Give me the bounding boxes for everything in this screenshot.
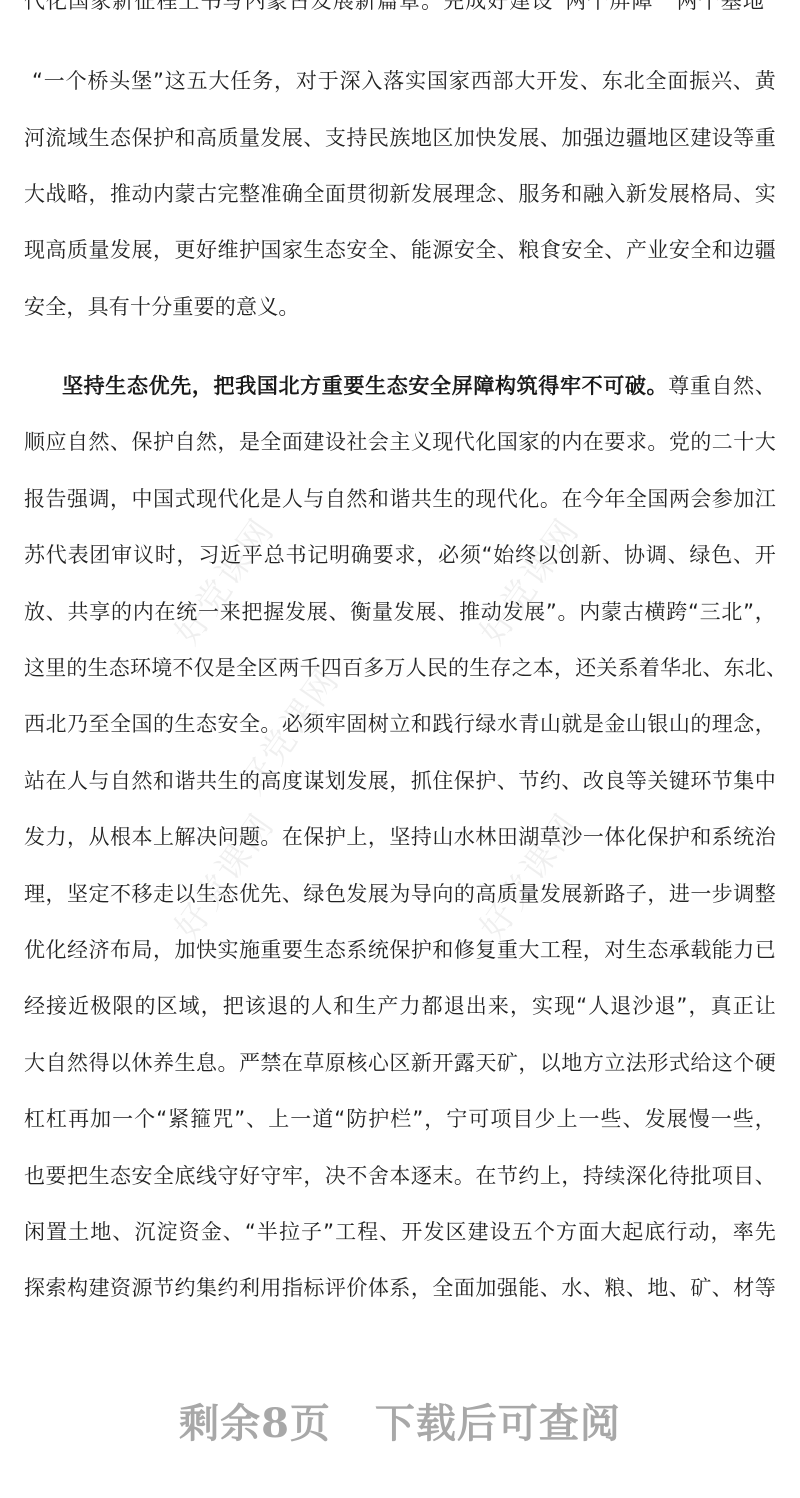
paragraph-line: 站在人与自然和谐共生的高度谋划发展，抓住保护、节约、改良等关键环节集中 — [24, 766, 776, 796]
remaining-pages-label: 剩余8页 — [179, 1392, 331, 1449]
paragraph-line: 发力，从根本上解决问题。在保护上，坚持山水林田湖草沙一体化保护和系统治 — [24, 822, 776, 852]
paragraph-line: 闲置土地、沉淀资金、“半拉子”工程、开发区建设五个方面大起底行动，率先 — [24, 1217, 776, 1247]
paragraph-line: 西北乃至全国的生态安全。必须牢固树立和践行绿水青山就是金山银山的理念， — [24, 709, 776, 739]
paragraph-line: 代化国家新征程上书写内蒙古发展新篇章。完成好建设“两个屏障”“两个基地” — [24, 0, 776, 16]
paragraph-line: 经接近极限的区域，把该退的人和生产力都退出来，实现“人退沙退”，真正让 — [24, 991, 776, 1021]
paragraph-line: 大自然得以休养生息。严禁在草原核心区新开露天矿，以地方立法形式给这个硬 — [24, 1048, 776, 1078]
paragraph-line: 放、共享的内在统一来把握发展、衡量发展、推动发展”。内蒙古横跨“三北”， — [24, 597, 776, 627]
watermark: 好党课网 — [466, 506, 589, 652]
section-heading: 坚持生态优先，把我国北方重要生态安全屏障构筑得牢不可破。 — [62, 374, 668, 398]
paragraph-line: 现高质量发展，更好维护国家生态安全、能源安全、粮食安全、产业安全和边疆 — [24, 235, 776, 265]
download-prompt-banner[interactable]: 剩余8页下载后可查阅 — [0, 1392, 800, 1449]
heading-line-rest: 尊重自然、 — [668, 374, 776, 398]
paragraph-line: 优化经济布局，加快实施重要生态系统保护和修复重大工程，对生态承载能力已 — [24, 935, 776, 965]
document-page: 好党课网 好党课网 好党课网 好党课网 好党课网 代化国家新征程上书写内蒙古发展… — [0, 0, 800, 1498]
download-to-view-label: 下载后可查阅 — [375, 1392, 621, 1449]
paragraph-line: 顺应自然、保护自然，是全面建设社会主义现代化国家的内在要求。党的二十大 — [24, 427, 776, 457]
paragraph-line: 安全，具有十分重要的意义。 — [24, 292, 776, 322]
watermark: 好党课网 — [161, 506, 284, 652]
paragraph-line: 这里的生态环境不仅是全区两千四百多万人民的生存之本，还关系着华北、东北、 — [24, 653, 776, 683]
paragraph-line: 河流域生态保护和高质量发展、支持民族地区加快发展、加强边疆地区建设等重 — [24, 123, 776, 153]
paragraph-line: 理，坚定不移走以生态优先、绿色发展为导向的高质量发展新路子，进一步调整 — [24, 879, 776, 909]
paragraph-line: 也要把生态安全底线守好守牢，决不舍本逐末。在节约上，持续深化待批项目、 — [24, 1161, 776, 1191]
paragraph-line: 报告强调，中国式现代化是人与自然和谐共生的现代化。在今年全国两会参加江 — [24, 484, 776, 514]
paragraph-line: 杠杠再加一个“紧箍咒”、上一道“防护栏”，宁可项目少上一些、发展慢一些， — [24, 1104, 776, 1134]
paragraph-line: 苏代表团审议时，习近平总书记明确要求，必须“始终以创新、协调、绿色、开 — [24, 540, 776, 570]
paragraph-line: 大战略，推动内蒙古完整准确全面贯彻新发展理念、服务和融入新发展格局、实 — [24, 179, 776, 209]
paragraph-line: “一个桥头堡”这五大任务，对于深入落实国家西部大开发、东北全面振兴、黄 — [32, 66, 776, 96]
paragraph-heading-line: 坚持生态优先，把我国北方重要生态安全屏障构筑得牢不可破。尊重自然、 — [62, 371, 776, 401]
paragraph-line: 探索构建资源节约集约利用指标评价体系，全面加强能、水、粮、地、矿、材等 — [24, 1273, 776, 1303]
